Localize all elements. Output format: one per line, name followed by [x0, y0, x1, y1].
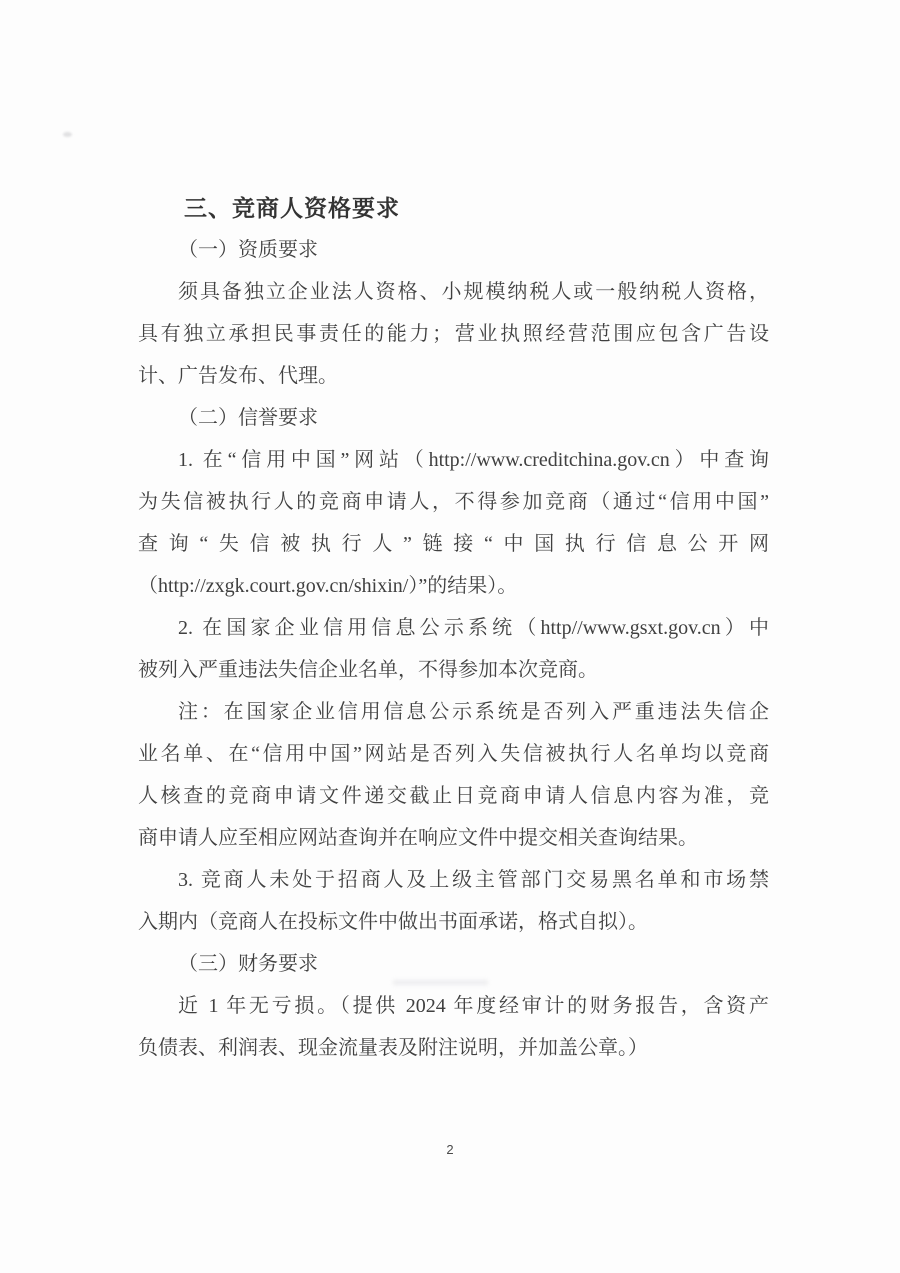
text-line: 业名单、在“信用中国”网站是否列入失信被执行人名单均以竞商: [138, 733, 769, 775]
text-line: 负债表、利润表、现金流量表及附注说明，并加盖公章。）: [138, 1027, 769, 1069]
text-line: 3. 竞商人未处于招商人及上级主管部门交易黑名单和市场禁: [138, 859, 769, 901]
text-line: （一）资质要求: [138, 229, 769, 271]
text-line: （http://zxgk.court.gov.cn/shixin/）”的结果）。: [138, 565, 769, 607]
text-line: 1. 在“信用中国”网站（http://www.creditchina.gov.…: [138, 439, 769, 481]
text-line: 2. 在国家企业信用信息公示系统（http//www.gsxt.gov.cn）中: [138, 607, 769, 649]
text-line: 具有独立承担民事责任的能力；营业执照经营范围应包含广告设: [138, 313, 769, 355]
text-line: 计、广告发布、代理。: [138, 355, 769, 397]
text-line: 查询“失信被执行人”链接“中国执行信息公开网: [138, 523, 769, 565]
document-body: 三、竞商人资格要求（一）资质要求须具备独立企业法人资格、小规模纳税人或一般纳税人…: [138, 187, 769, 1069]
text-line: 入期内（竞商人在投标文件中做出书面承诺，格式自拟）。: [138, 901, 769, 943]
section-heading: 三、竞商人资格要求: [138, 187, 769, 229]
text-line: （三）财务要求: [138, 943, 769, 985]
text-line: 商申请人应至相应网站查询并在响应文件中提交相关查询结果。: [138, 817, 769, 859]
text-line: 为失信被执行人的竞商申请人，不得参加竞商（通过“信用中国”: [138, 481, 769, 523]
text-line: （二）信誉要求: [138, 397, 769, 439]
text-line: 近 1 年无亏损。（提供 2024 年度经审计的财务报告，含资产: [138, 985, 769, 1027]
text-line: 被列入严重违法失信企业名单，不得参加本次竞商。: [138, 649, 769, 691]
text-line: 注：在国家企业信用信息公示系统是否列入严重违法失信企: [138, 691, 769, 733]
text-line: 人核查的竞商申请文件递交截止日竞商申请人信息内容为准，竞: [138, 775, 769, 817]
page-number: 2: [0, 1142, 900, 1157]
scan-artifact: [63, 132, 72, 137]
text-line: 须具备独立企业法人资格、小规模纳税人或一般纳税人资格，: [138, 271, 769, 313]
document-page: 三、竞商人资格要求（一）资质要求须具备独立企业法人资格、小规模纳税人或一般纳税人…: [0, 0, 900, 1273]
